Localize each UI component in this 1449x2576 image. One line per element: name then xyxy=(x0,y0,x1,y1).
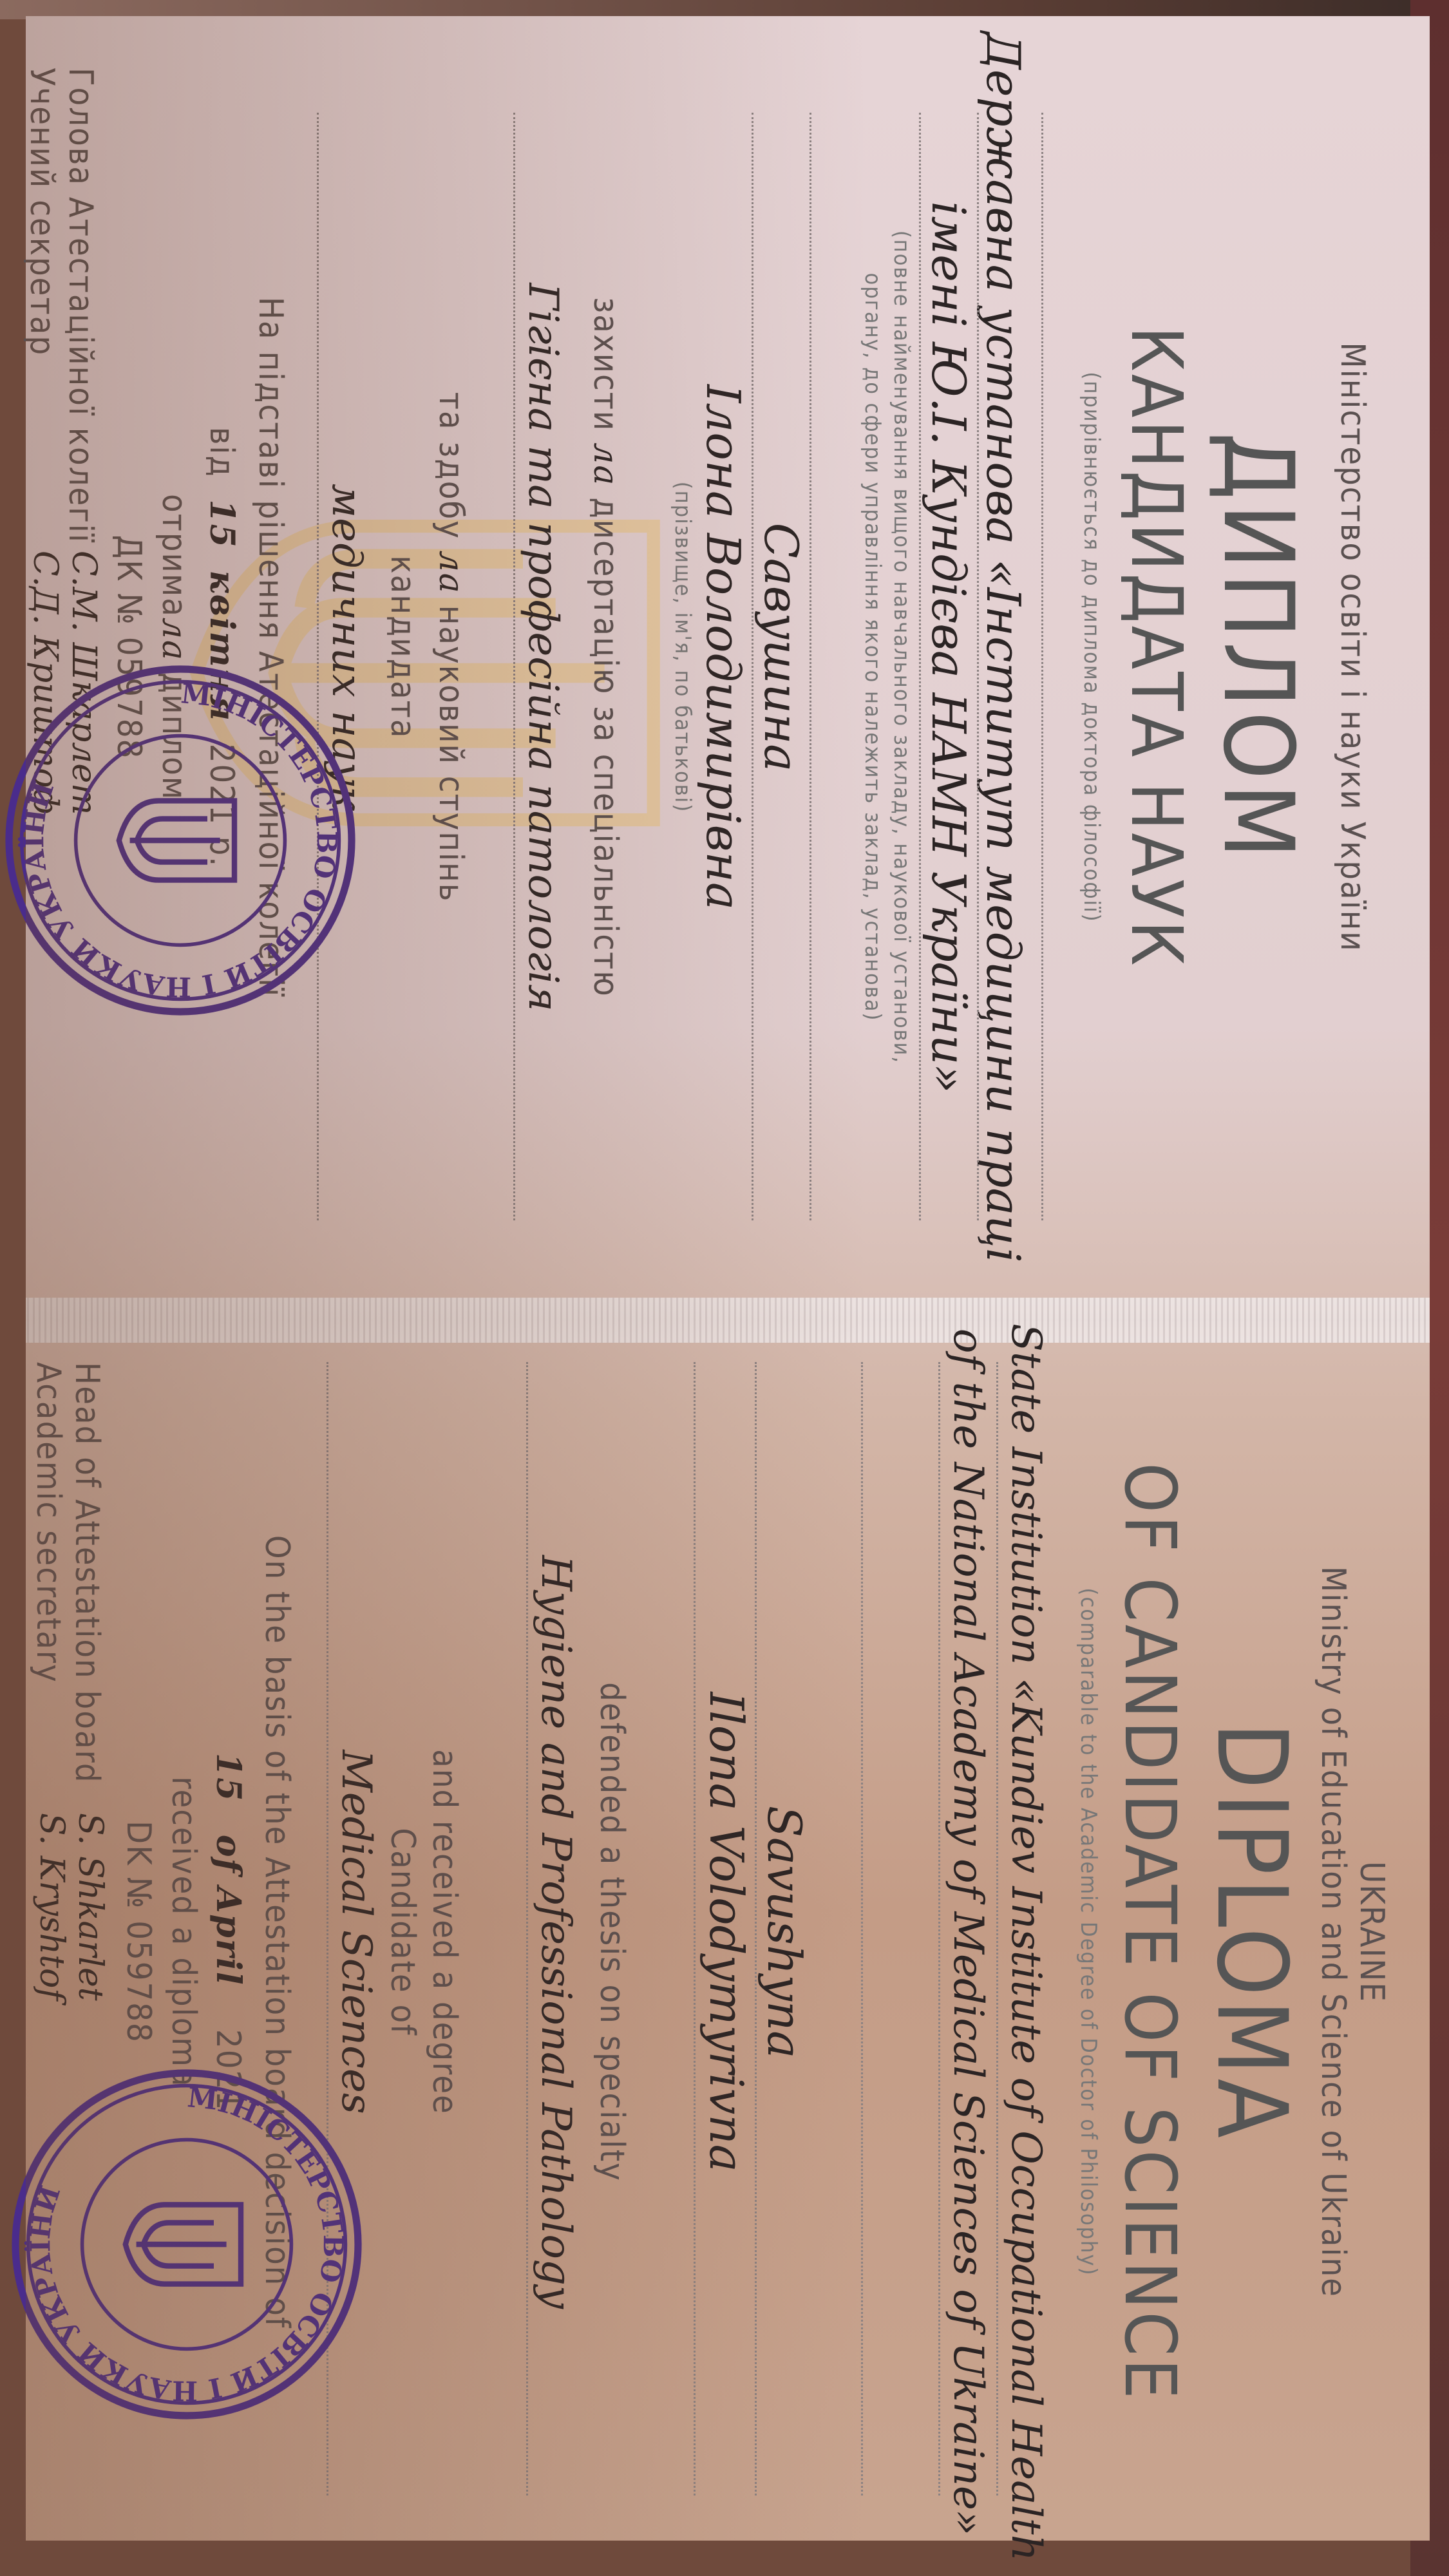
dotted-line xyxy=(755,1362,757,2495)
dotted-line xyxy=(513,113,515,1220)
chair-name-en: S. Shkarlet xyxy=(71,1813,109,2001)
gender-suffix-ua: ла xyxy=(155,618,193,661)
subtitle-en: OF CANDIDATE OF SCIENCE xyxy=(1109,1323,1191,2541)
gender-suffix-ua: ла xyxy=(431,551,470,594)
dotted-line xyxy=(861,1362,863,2495)
official-stamp-ua-icon: МІНІСТЕРСТВО ОСВІТИ І НАУКИ УКРАЇНИ xyxy=(0,660,361,1021)
received-prefix-ua: та здобу xyxy=(431,392,470,540)
secretary-label-en: Academic secretary xyxy=(29,1362,68,1683)
institution-ua-line2: імені Ю.І. Кундієва НАМН України» xyxy=(922,16,976,1278)
institution-caption-ua-2: органу, до сфери управління якого належи… xyxy=(860,16,885,1278)
ministry-en: Ministry of Education and Science of Ukr… xyxy=(1314,1323,1352,2541)
diploma-number-ua: ДК № 059788 xyxy=(109,16,148,1278)
equivalence-note-ua: (прирівнюється до диплома доктора філосо… xyxy=(1079,16,1104,1278)
received-degree-ua: та здобу ла науковий ступінь xyxy=(431,16,470,1278)
institution-caption-ua-1: (повне найменування вищого навчального з… xyxy=(889,16,914,1278)
ministry-ua: Міністерство освіти і науки України xyxy=(1333,16,1372,1278)
defended-suffix-ua: дисертацію за спеціальністю xyxy=(586,497,625,997)
title-ua: ДИПЛОМ xyxy=(1202,16,1314,1278)
given-names-ua: Ілона Володимирівна xyxy=(696,16,750,1278)
degree-field-ua: медичних наук xyxy=(323,16,370,1278)
given-names-en: Ilona Volodymyrivna xyxy=(699,1323,753,2541)
institution-ua-line1: Державна установа «Інститут медицини пра… xyxy=(976,16,1030,1278)
dotted-line xyxy=(996,1362,998,2495)
diploma-sheet: Міністерство освіти і науки України ДИПЛ… xyxy=(26,16,1430,2541)
chair-label-ua: Голова Атестаційної колегії xyxy=(61,68,100,544)
rotated-document: Міністерство освіти і науки України ДИПЛ… xyxy=(0,0,1449,2576)
date-day-en: 15 xyxy=(209,1753,248,1802)
subtitle-ua: КАНДИДАТА НАУК xyxy=(1115,16,1198,1278)
country-en: UKRAINE xyxy=(1352,1323,1391,2541)
received-text-en: and received a degree xyxy=(425,1323,464,2541)
degree-level-en: Candidate of xyxy=(383,1323,422,2541)
surname-en: Savushyna xyxy=(757,1323,811,2541)
date-day-ua: 15 xyxy=(202,499,241,548)
received-diploma-prefix-ua: отрима xyxy=(155,494,193,618)
title-en: DIPLOMA xyxy=(1195,1323,1307,2541)
secretary-name-en: S. Kryshtof xyxy=(32,1813,71,2001)
defended-line-ua: захисти ла дисертацію за спеціальністю xyxy=(586,16,625,1278)
specialty-en: Hygiene and Professional Pathology xyxy=(532,1323,580,2541)
official-stamp-en-icon: МІНІСТЕРСТВО ОСВІТИ І НАУКИ УКРАЇНИ xyxy=(6,2064,367,2425)
name-caption-ua: (прізвище, ім'я, по батькові) xyxy=(670,16,696,1278)
dotted-line xyxy=(526,1362,528,2495)
dotted-line xyxy=(810,113,811,1220)
dotted-line xyxy=(1041,113,1043,1220)
defended-prefix-ua: захисти xyxy=(586,297,625,431)
equivalence-note-en: (comparable to the Academic Degree of Do… xyxy=(1075,1323,1101,2541)
surname-ua: Савушина xyxy=(754,16,808,1278)
dotted-line xyxy=(752,113,753,1220)
defended-text-en: defended a thesis on specialty xyxy=(592,1323,631,2541)
secretary-label-ua: Учений секретар xyxy=(23,68,61,356)
institution-en-line1: State Institution «Kundiev Institute of … xyxy=(1002,1323,1050,2541)
dotted-line xyxy=(977,113,979,1220)
basis-text-ua: На підставі рішення Атестаційної колегії xyxy=(251,16,290,1278)
dotted-line xyxy=(938,1362,940,2495)
decision-date-ua: від 15 квітня 2021 р. xyxy=(202,16,241,1278)
date-prefix-ua: від xyxy=(202,427,241,478)
degree-level-ua: кандидата xyxy=(383,16,422,1278)
specialty-ua: Гігієна та професійна патологія xyxy=(519,16,567,1278)
gender-suffix-ua: ла xyxy=(586,442,625,486)
received-diploma-ua: отримала диплом xyxy=(155,16,193,1278)
received-suffix-ua: науковий ступінь xyxy=(431,605,470,902)
chair-label-en: Head of Attestation board xyxy=(68,1362,106,1784)
ukrainian-page: Міністерство освіти і науки України ДИПЛ… xyxy=(26,16,1430,1278)
date-month-en: of April xyxy=(209,1835,248,1986)
dotted-line xyxy=(694,1362,696,2495)
dotted-line xyxy=(919,113,921,1220)
institution-en-line2: of the National Academy of Medical Scien… xyxy=(944,1323,992,2541)
